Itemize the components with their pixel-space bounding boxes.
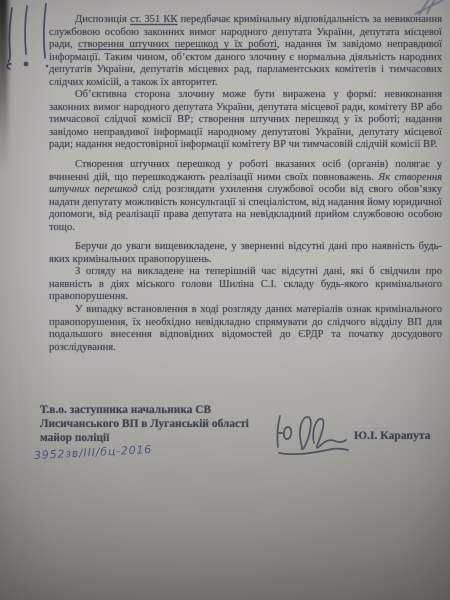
document-paragraphs: Диспозиція ст. 351 КК передбачає криміна… xyxy=(49,14,442,354)
handwritten-registration-number: 3952зв/ІІІ/бц-2016 xyxy=(34,443,153,463)
paragraph: У випадку встановлення в ході розгляду д… xyxy=(49,304,442,354)
signatory-position: Т.в.о. заступника начальника СВ Лисичанс… xyxy=(40,404,270,461)
paragraph-segment-underline: створення штучних перешкод у їх роботі xyxy=(78,39,277,50)
paragraph-segment-underline: ст. 351 КК xyxy=(130,14,177,25)
signature-scribble xyxy=(272,408,354,458)
paragraph-segment-normal: Диспозиція xyxy=(75,14,130,25)
signature-area: Т.в.о. заступника начальника СВ Лисичанс… xyxy=(0,400,450,490)
paragraph: Об’єктивна сторона злочину може бути вир… xyxy=(49,89,442,152)
paragraph: З огляду на викладене на теперішній час … xyxy=(49,266,442,304)
corner-pen-scribble-icon xyxy=(403,0,448,20)
signatory-name: Ю.І. Карапута xyxy=(354,429,431,442)
paragraph: Беручи до уваги вищевикладене, у звернен… xyxy=(49,241,442,266)
document-photo: Диспозиція ст. 351 КК передбачає криміна… xyxy=(0,0,450,600)
photo-edge-shadow xyxy=(0,0,8,171)
position-line: Лисичанського ВП в Луганській області xyxy=(40,418,270,432)
position-line: майор поліції xyxy=(40,432,270,446)
paragraph: Створення штучних перешкод у роботі вказ… xyxy=(49,159,442,234)
pen-stroke-marks-icon xyxy=(2,2,62,82)
paragraph-segment-normal: З огляду на викладене на теперішній час … xyxy=(49,266,442,302)
paragraph-segment-normal: Об’єктивна сторона злочину може бути вир… xyxy=(49,89,442,150)
paragraph-segment-normal: У випадку встановлення в ході розгляду д… xyxy=(49,304,442,353)
paragraph: Диспозиція ст. 351 КК передбачає криміна… xyxy=(49,14,442,89)
position-line: Т.в.о. заступника начальника СВ xyxy=(40,404,270,418)
paragraph-segment-normal: Беручи до уваги вищевикладене, у звернен… xyxy=(49,241,442,265)
